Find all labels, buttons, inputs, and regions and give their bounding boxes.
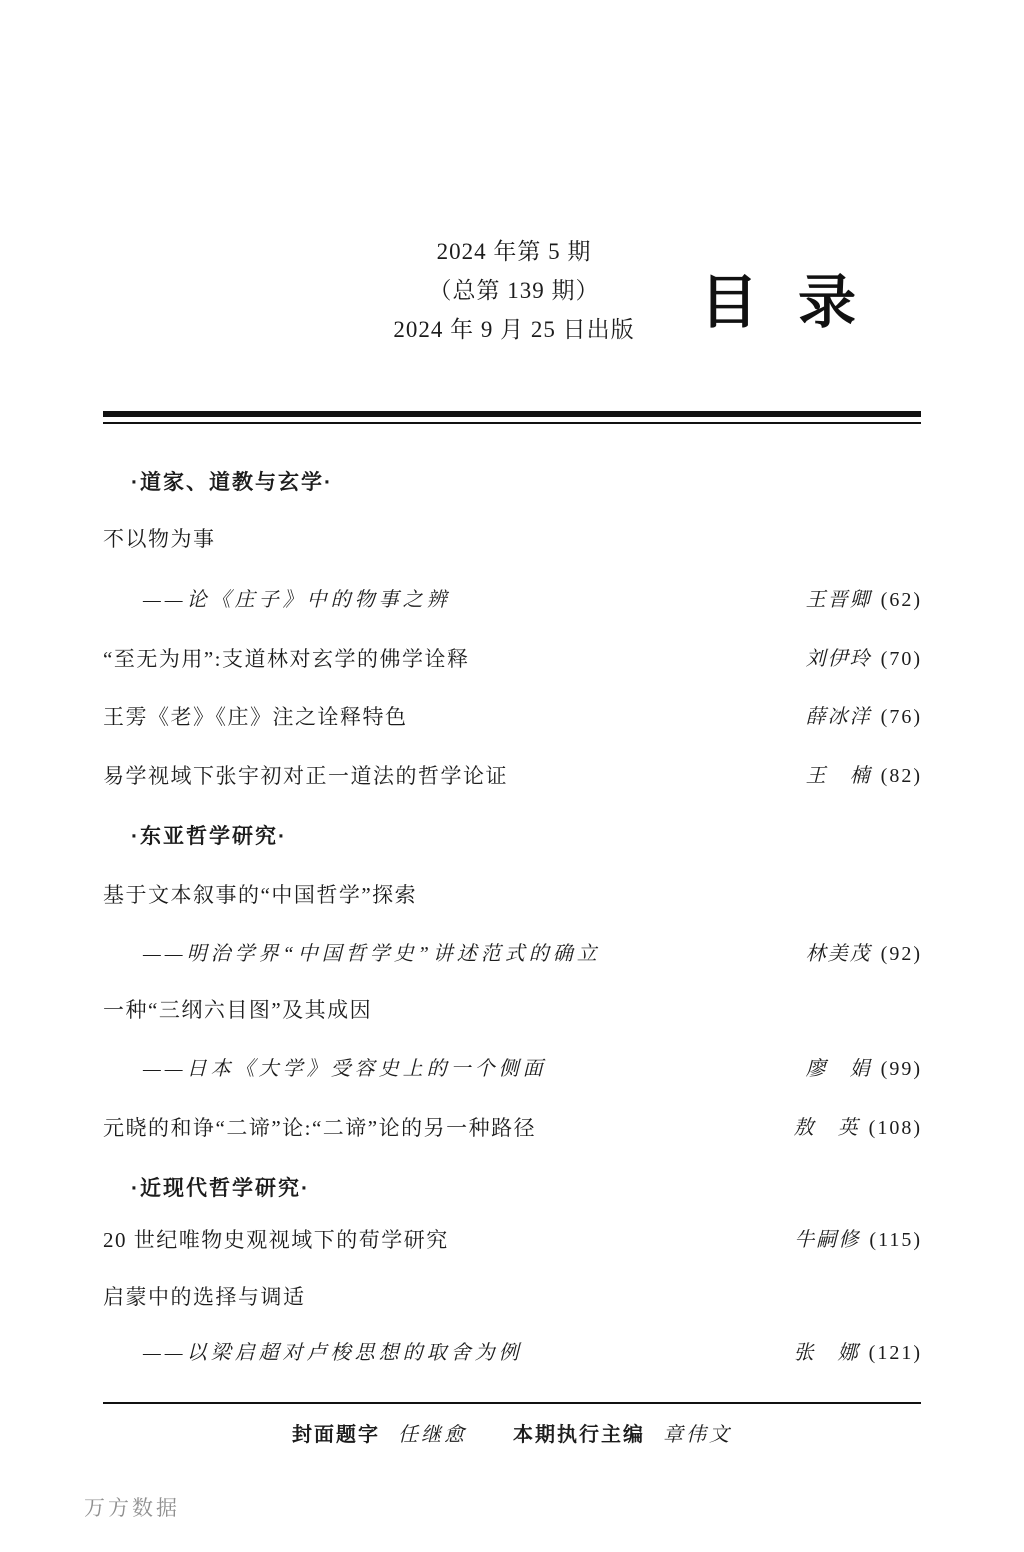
section-heading-daoism: ·道家、道教与玄学· (103, 470, 950, 496)
issue-number: 2024 年第 5 期 (388, 232, 640, 271)
section-heading-east-asia: ·东亚哲学研究· (103, 824, 950, 850)
wanfang-data-watermark: 万方数据 (84, 1492, 180, 1522)
cover-calligraphy-name: 任继愈 (398, 1418, 467, 1447)
author-page: 敖 英(108) (794, 1115, 922, 1141)
article-author: 刘伊玲 (806, 646, 872, 672)
article-page-number: (121) (869, 1340, 922, 1366)
article-author: 薛冰洋 (806, 704, 872, 730)
executive-editor-name: 章伟文 (663, 1418, 732, 1447)
article-title: 易学视域下张宇初对正一道法的哲学论证 (103, 763, 508, 789)
article-subtitle: ——以梁启超对卢梭思想的取舍为例 (103, 1340, 523, 1366)
contents-title: 目录 (700, 255, 896, 339)
publication-date: 2024 年 9 月 25 日出版 (388, 310, 640, 349)
author-page: 王 楠(82) (806, 763, 922, 789)
article-author: 张 娜 (794, 1340, 860, 1366)
top-rule-thick (103, 411, 921, 417)
cover-calligraphy-label: 封面题字 (292, 1418, 380, 1447)
author-page: 刘伊玲(70) (806, 646, 922, 672)
article-author: 林美茂 (806, 941, 872, 967)
author-page: 张 娜(121) (794, 1340, 922, 1366)
author-page: 廖 娟(99) (806, 1056, 922, 1082)
article-author: 王晋卿 (806, 587, 872, 613)
article-page-number: (99) (881, 1056, 922, 1082)
article-subtitle: ——论《庄子》中的物事之辨 (103, 587, 451, 613)
author-page: 林美茂(92) (806, 941, 922, 967)
journal-toc-page: 2024 年第 5 期 （总第 139 期） 2024 年 9 月 25 日出版… (0, 0, 1024, 1552)
article-page-number: (76) (881, 704, 922, 730)
author-page: 王晋卿(62) (806, 587, 922, 613)
article-page-number: (62) (881, 587, 922, 613)
article-title: 基于文本叙事的“中国哲学”探索 (103, 882, 417, 908)
executive-editor-label: 本期执行主编 (513, 1418, 645, 1447)
author-page: 牛嗣修(115) (794, 1227, 922, 1253)
article-title: 王雱《老》《庄》注之诠释特色 (103, 704, 408, 730)
article-title: 一种“三纲六目图”及其成因 (103, 997, 372, 1023)
issue-info: 2024 年第 5 期 （总第 139 期） 2024 年 9 月 25 日出版 (388, 232, 640, 349)
article-page-number: (82) (881, 763, 922, 789)
article-author: 牛嗣修 (794, 1227, 860, 1253)
article-page-number: (108) (869, 1115, 922, 1141)
article-title: “至无为用”:支道林对玄学的佛学诠释 (103, 646, 469, 672)
article-title: 不以物为事 (103, 526, 216, 552)
article-subtitle: ——明治学界“中国哲学史”讲述范式的确立 (103, 941, 601, 967)
article-author: 王 楠 (806, 763, 872, 789)
article-page-number: (92) (881, 941, 922, 967)
cumulative-issue-number: （总第 139 期） (388, 271, 640, 310)
article-title: 启蒙中的选择与调适 (103, 1284, 306, 1310)
article-author: 廖 娟 (806, 1056, 872, 1082)
author-page: 薛冰洋(76) (806, 704, 922, 730)
article-subtitle: ——日本《大学》受容史上的一个侧面 (103, 1056, 547, 1082)
top-rule-thin (103, 422, 921, 424)
article-author: 敖 英 (794, 1115, 860, 1141)
article-page-number: (70) (881, 646, 922, 672)
article-title: 20 世纪唯物史观视域下的荀学研究 (103, 1227, 449, 1253)
article-page-number: (115) (869, 1227, 922, 1253)
article-title: 元晓的和诤“二谛”论:“二谛”论的另一种路径 (103, 1115, 536, 1141)
bottom-rule (103, 1402, 921, 1404)
section-heading-modern: ·近现代哲学研究· (103, 1176, 950, 1202)
footer-credits: 封面题字 任继愈 本期执行主编 章伟文 (0, 1418, 1024, 1447)
